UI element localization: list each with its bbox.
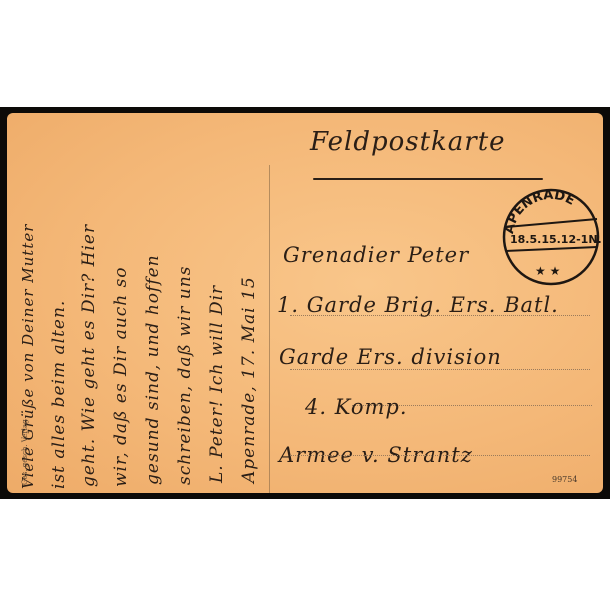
message-line: wir, daß es Dir auch so — [111, 266, 131, 487]
svg-text:★ ★: ★ ★ — [535, 264, 560, 278]
message-line: geht. Wie geht es Dir? Hier — [79, 224, 99, 487]
publisher-imprint: Ges. gesch. Verlag — [21, 419, 29, 485]
address-line: 1. Garde Brig. Ers. Batl. — [277, 293, 559, 317]
message-line: ist alles beim alten. — [49, 300, 69, 489]
message-line: schreiben, daß wir uns — [175, 266, 195, 485]
print-number: 99754 — [552, 475, 577, 484]
address-dotted-line — [290, 455, 590, 456]
address-line: 4. Komp. — [305, 395, 408, 419]
address-line: Grenadier Peter — [283, 243, 469, 267]
message-line: Apenrade, 17. Mai 15 — [239, 276, 259, 483]
header-underline — [313, 178, 543, 180]
card-header: Feldpostkarte — [310, 127, 506, 157]
message-line: L. Peter! Ich will Dir — [207, 285, 227, 483]
address-line: Garde Ers. division — [279, 345, 502, 369]
postmark-date: 18.5.15.12-1N. — [510, 233, 602, 246]
card-divider-line — [269, 165, 270, 493]
postmark-stamp: APENRADE 18.5.15.12-1N. ★ ★ — [499, 185, 603, 289]
postcard: Apenrade, 17. Mai 15 L. Peter! Ich will … — [7, 113, 603, 493]
address-dotted-line — [290, 369, 590, 370]
message-line: gesund sind, und hoffen — [143, 254, 163, 485]
